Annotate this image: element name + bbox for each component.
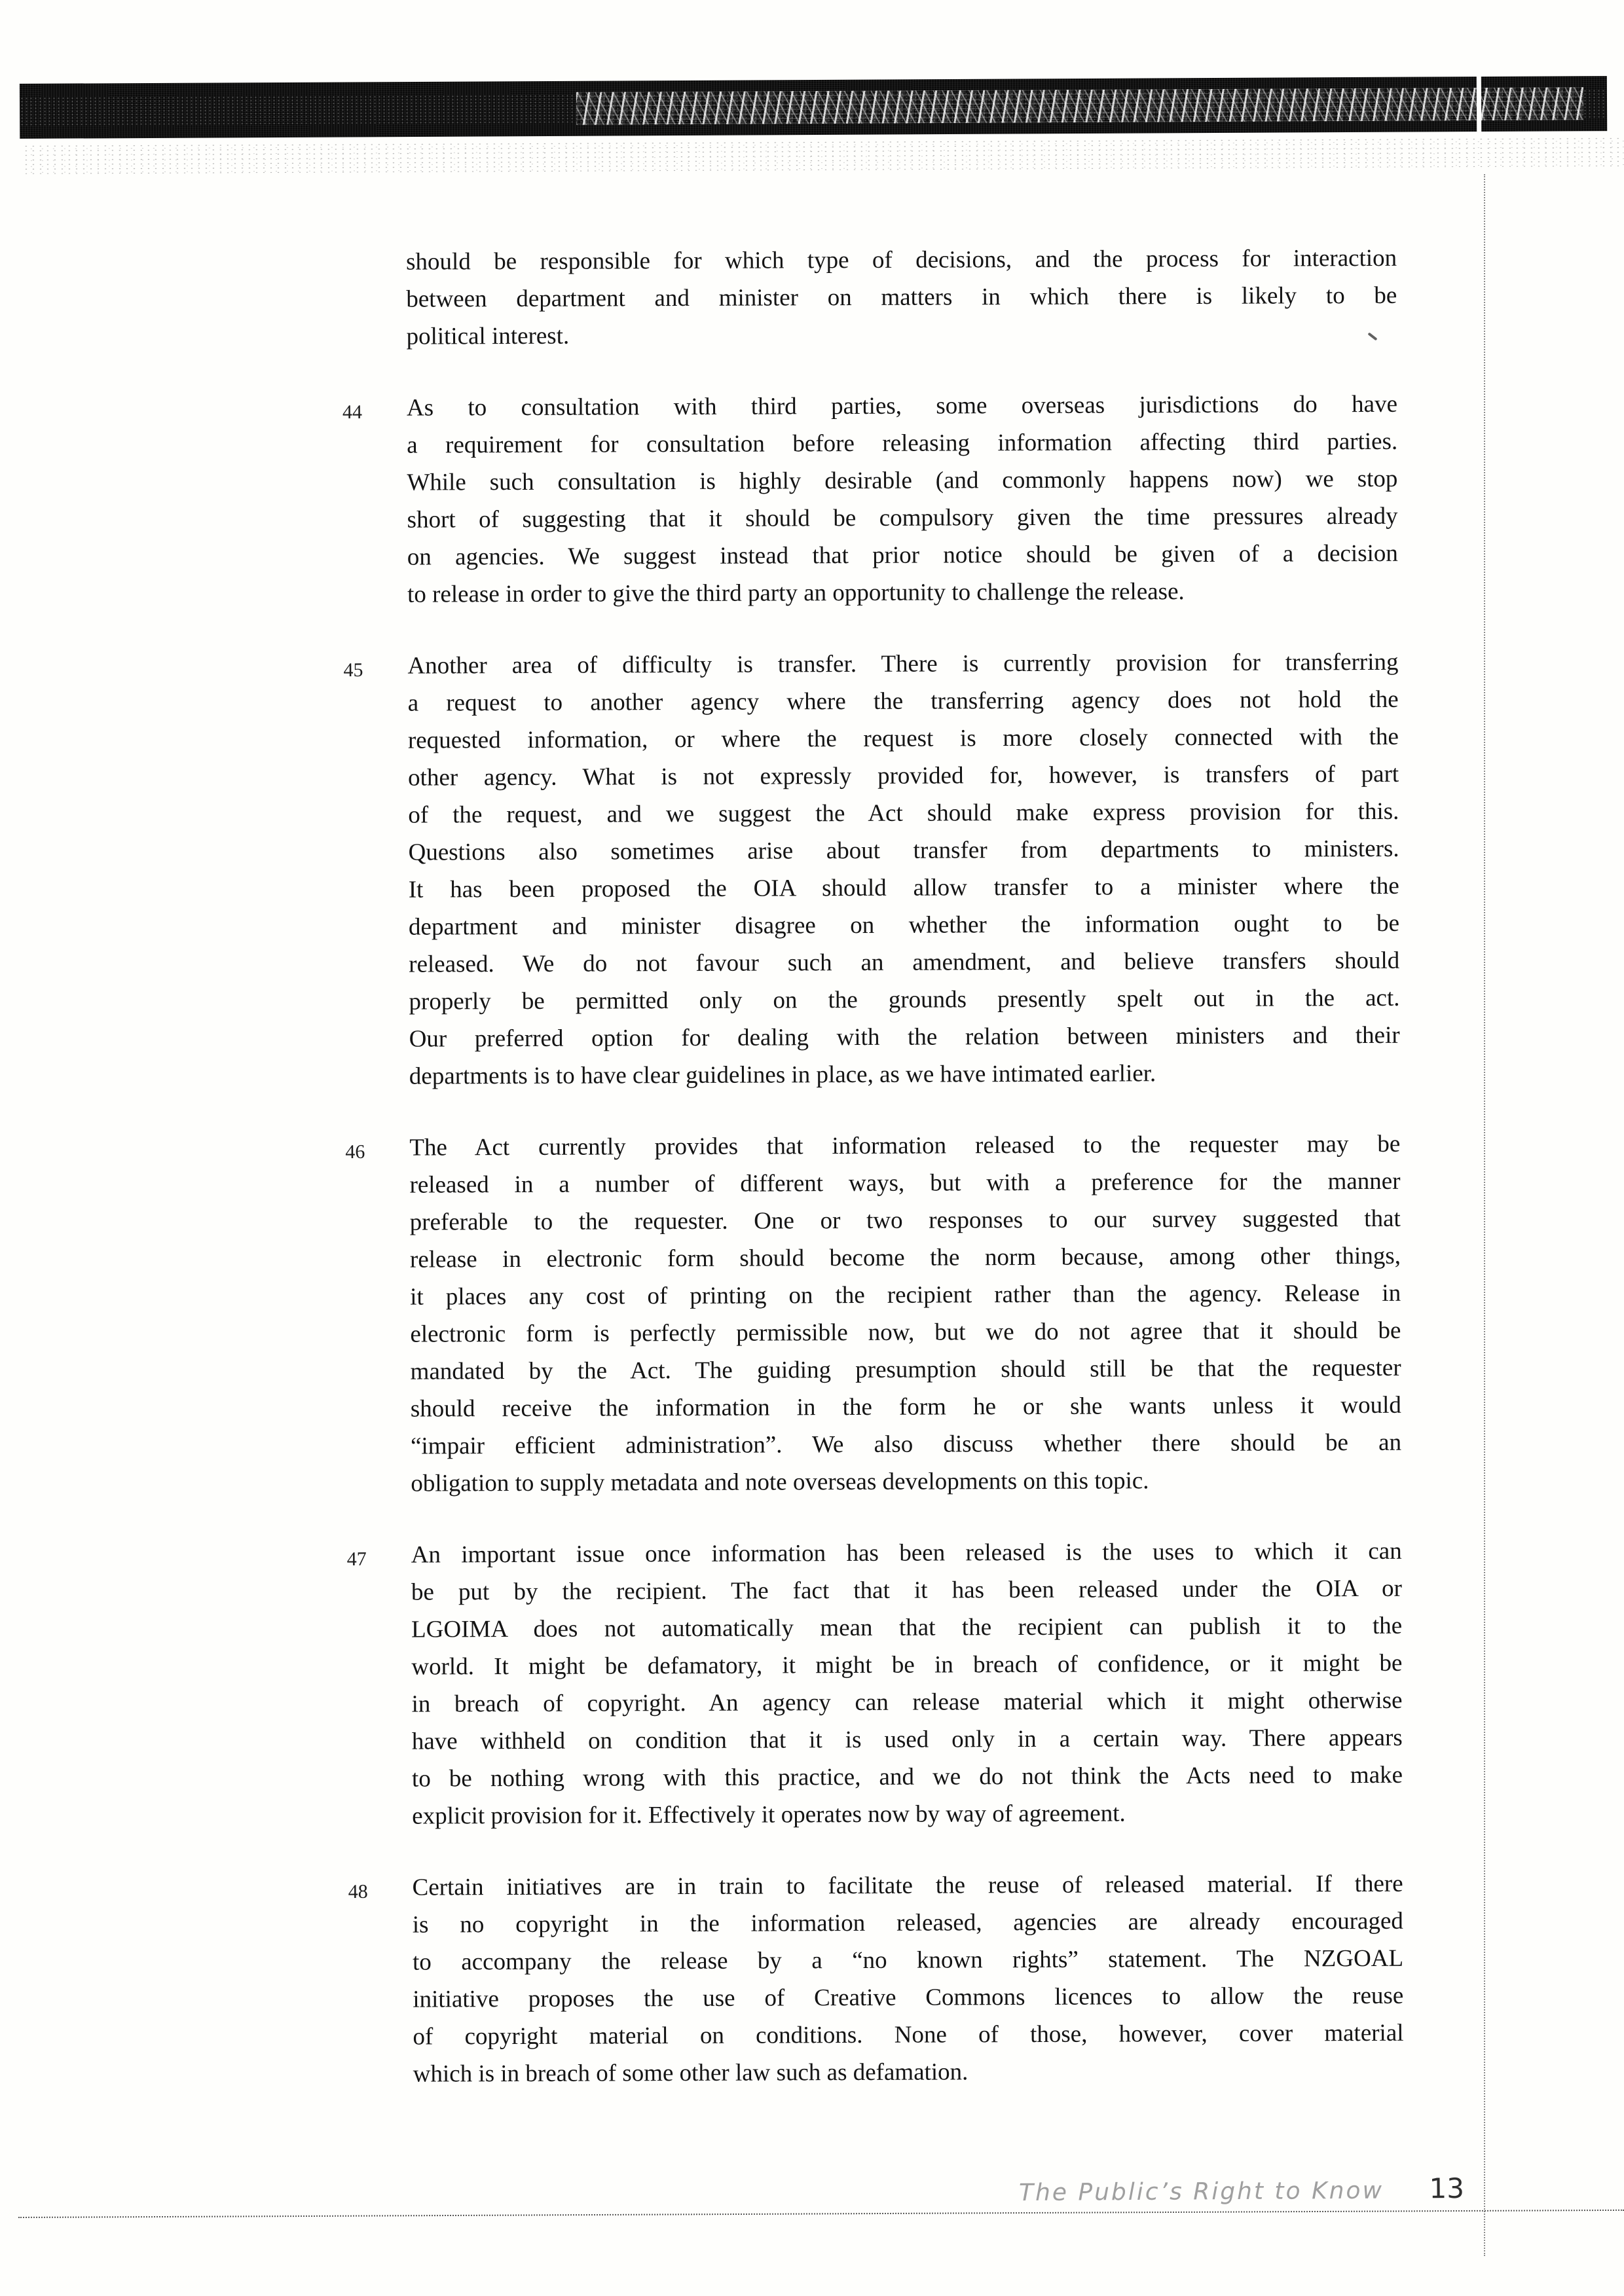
text-line: other agency. What is not expressly prov… bbox=[408, 756, 1399, 797]
text-line: it places any cost of printing on the re… bbox=[410, 1275, 1401, 1316]
text-line: An important issue once information has … bbox=[411, 1533, 1402, 1574]
text-line: While such consultation is highly desira… bbox=[407, 460, 1397, 501]
text-line: As to consultation with third parties, s… bbox=[407, 386, 1397, 427]
text-line: world. It might be defamatory, it might … bbox=[411, 1645, 1402, 1686]
text-line: LGOIMA does not automatically mean that … bbox=[411, 1607, 1402, 1649]
text-line: properly be permitted only on the ground… bbox=[409, 979, 1399, 1021]
text-line: is no copyright in the information relea… bbox=[413, 1903, 1403, 1944]
paragraph-48: 48Certain initiatives are in train to fa… bbox=[348, 1865, 1404, 2093]
koru-pattern-band bbox=[20, 76, 1607, 139]
paragraph-text: Certain initiatives are in train to faci… bbox=[413, 1865, 1404, 2093]
paragraph-text: The Act currently provides that informat… bbox=[409, 1125, 1401, 1503]
text-line: released in a number of different ways, … bbox=[409, 1163, 1400, 1204]
text-line: to accompany the release by a “no known … bbox=[413, 1940, 1403, 1981]
paragraph-44: 44As to consultation with third parties,… bbox=[342, 386, 1398, 613]
text-line: of the request, and we suggest the Act s… bbox=[408, 793, 1399, 834]
paragraph-text: should be responsible for which type of … bbox=[406, 240, 1397, 355]
text-line: on agencies. We suggest instead that pri… bbox=[407, 535, 1398, 576]
text-line: released. We do not favour such an amend… bbox=[409, 942, 1399, 983]
text-line: have withheld on condition that it is us… bbox=[412, 1719, 1403, 1760]
text-line: should receive the information in the fo… bbox=[411, 1387, 1401, 1428]
paragraph-number: 45 bbox=[343, 647, 409, 1095]
footer-dotted-rule bbox=[18, 2210, 1624, 2218]
text-line: Certain initiatives are in train to faci… bbox=[413, 1865, 1403, 1906]
text-line: preferable to the requester. One or two … bbox=[410, 1200, 1401, 1241]
paragraph-text: An important issue once information has … bbox=[411, 1533, 1403, 1835]
koru-motif-pattern bbox=[576, 87, 1583, 125]
text-line: initiative proposes the use of Creative … bbox=[413, 1977, 1403, 2018]
text-line: obligation to supply metadata and note o… bbox=[411, 1461, 1401, 1503]
text-line: of copyright material on conditions. Non… bbox=[413, 2014, 1403, 2056]
text-line: which is in breach of some other law suc… bbox=[413, 2052, 1404, 2093]
text-line: departments is to have clear guidelines … bbox=[409, 1054, 1400, 1095]
halftone-speckle-strip bbox=[22, 136, 1624, 174]
text-line: Our preferred option for dealing with th… bbox=[409, 1017, 1400, 1058]
paragraph-number: 47 bbox=[347, 1537, 413, 1835]
footer-title: The Public’s Right to Know bbox=[1019, 2178, 1384, 2206]
paragraph-number: 48 bbox=[348, 1869, 413, 2093]
text-line: short of suggesting that it should be co… bbox=[407, 498, 1398, 539]
paragraph-text: Another area of difficulty is transfer. … bbox=[407, 644, 1400, 1095]
text-line: The Act currently provides that informat… bbox=[409, 1125, 1400, 1167]
text-line: to be nothing wrong with this practice, … bbox=[412, 1757, 1403, 1798]
paragraph-number: 46 bbox=[345, 1129, 411, 1503]
right-margin-dotted-rule bbox=[1484, 174, 1485, 2256]
text-line: requested information, or where the requ… bbox=[408, 718, 1399, 759]
page-footer: The Public’s Right to Know 13 bbox=[1019, 2172, 1464, 2207]
paragraph-number bbox=[342, 244, 407, 355]
band-white-gap bbox=[1477, 76, 1481, 134]
text-line: in breach of copyright. An agency can re… bbox=[411, 1682, 1402, 1723]
text-line: It has been proposed the OIA should allo… bbox=[409, 867, 1399, 909]
paragraph-list: should be responsible for which type of … bbox=[342, 240, 1404, 2127]
paragraph-47: 47An important issue once information ha… bbox=[347, 1533, 1403, 1835]
document-page: should be responsible for which type of … bbox=[0, 0, 1624, 2296]
paragraph-text: As to consultation with third parties, s… bbox=[407, 386, 1398, 613]
text-line: Questions also sometimes arise about tra… bbox=[408, 830, 1399, 871]
paragraph-continuation: should be responsible for which type of … bbox=[342, 240, 1397, 355]
text-line: between department and minister on matte… bbox=[406, 277, 1397, 318]
page-number: 13 bbox=[1429, 2172, 1464, 2204]
text-line: be put by the recipient. The fact that i… bbox=[411, 1570, 1402, 1611]
text-line: mandated by the Act. The guiding presump… bbox=[411, 1349, 1401, 1391]
text-line: a request to another agency where the tr… bbox=[408, 681, 1399, 722]
text-line: political interest. bbox=[406, 314, 1397, 355]
page-header bbox=[0, 0, 1624, 207]
paragraph-46: 46The Act currently provides that inform… bbox=[345, 1125, 1401, 1503]
text-line: a requirement for consultation before re… bbox=[407, 423, 1397, 464]
text-line: department and minister disagree on whet… bbox=[409, 905, 1399, 946]
paragraph-45: 45Another area of difficulty is transfer… bbox=[343, 644, 1400, 1095]
text-line: to release in order to give the third pa… bbox=[407, 572, 1398, 613]
text-line: “impair efficient administration”. We al… bbox=[411, 1424, 1401, 1465]
text-line: should be responsible for which type of … bbox=[406, 240, 1397, 281]
text-line: Another area of difficulty is transfer. … bbox=[407, 644, 1398, 685]
text-line: electronic form is perfectly permissible… bbox=[410, 1312, 1401, 1353]
text-line: explicit provision for it. Effectively i… bbox=[412, 1794, 1403, 1835]
paragraph-number: 44 bbox=[342, 390, 407, 613]
text-line: release in electronic form should become… bbox=[410, 1237, 1401, 1279]
